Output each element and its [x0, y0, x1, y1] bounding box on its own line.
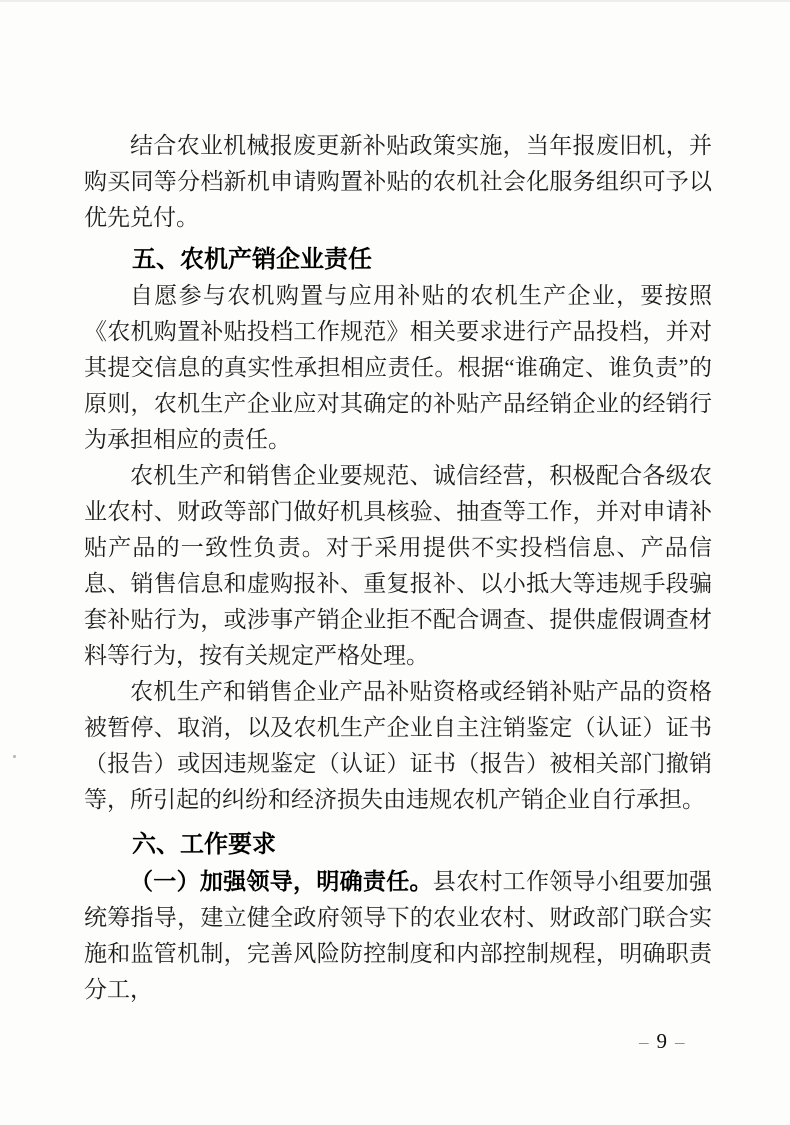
document-page: 结合农业机械报废更新补贴政策实施，当年报废旧机，并购买同等分档新机申请购置补贴的… [0, 0, 790, 1125]
numbered-item-bold-lead: （一）加强领导，明确责任。 [130, 868, 433, 894]
document-body: 结合农业机械报废更新补贴政策实施，当年报废旧机，并购买同等分档新机申请购置补贴的… [84, 128, 712, 1008]
scan-speck-artifact [13, 755, 16, 758]
paragraph-qualification-revocation-liability: 农机生产和销售企业产品补贴资格或经销补贴产品的资格被暂停、取消，以及农机生产企业… [84, 674, 712, 818]
paragraph-scrappage-renewal-priority: 结合农业机械报废更新补贴政策实施，当年报废旧机，并购买同等分档新机申请购置补贴的… [84, 128, 712, 236]
page-number-left-dash: – [632, 1032, 657, 1053]
paragraph-compliance-and-penalties: 农机生产和销售企业要规范、诚信经营，积极配合各级农业农村、财政等部门做好机具核验… [84, 458, 712, 674]
page-number: –9– [632, 1028, 693, 1056]
scan-edge-artifact [0, 0, 790, 2]
paragraph-work-requirement-1: （一）加强领导，明确责任。县农村工作领导小组要加强统筹指导，建立健全政府领导下的… [84, 863, 712, 1008]
paragraph-producer-filing-responsibility: 自愿参与农机购置与应用补贴的农机生产企业，要按照《农机购置补贴投档工作规范》相关… [84, 278, 712, 458]
page-number-value: 9 [657, 1029, 669, 1053]
page-number-right-dash: – [668, 1032, 693, 1053]
heading-section-5-producer-seller-responsibility: 五、农机产销企业责任 [84, 242, 712, 278]
heading-section-6-work-requirements: 六、工作要求 [84, 827, 712, 863]
